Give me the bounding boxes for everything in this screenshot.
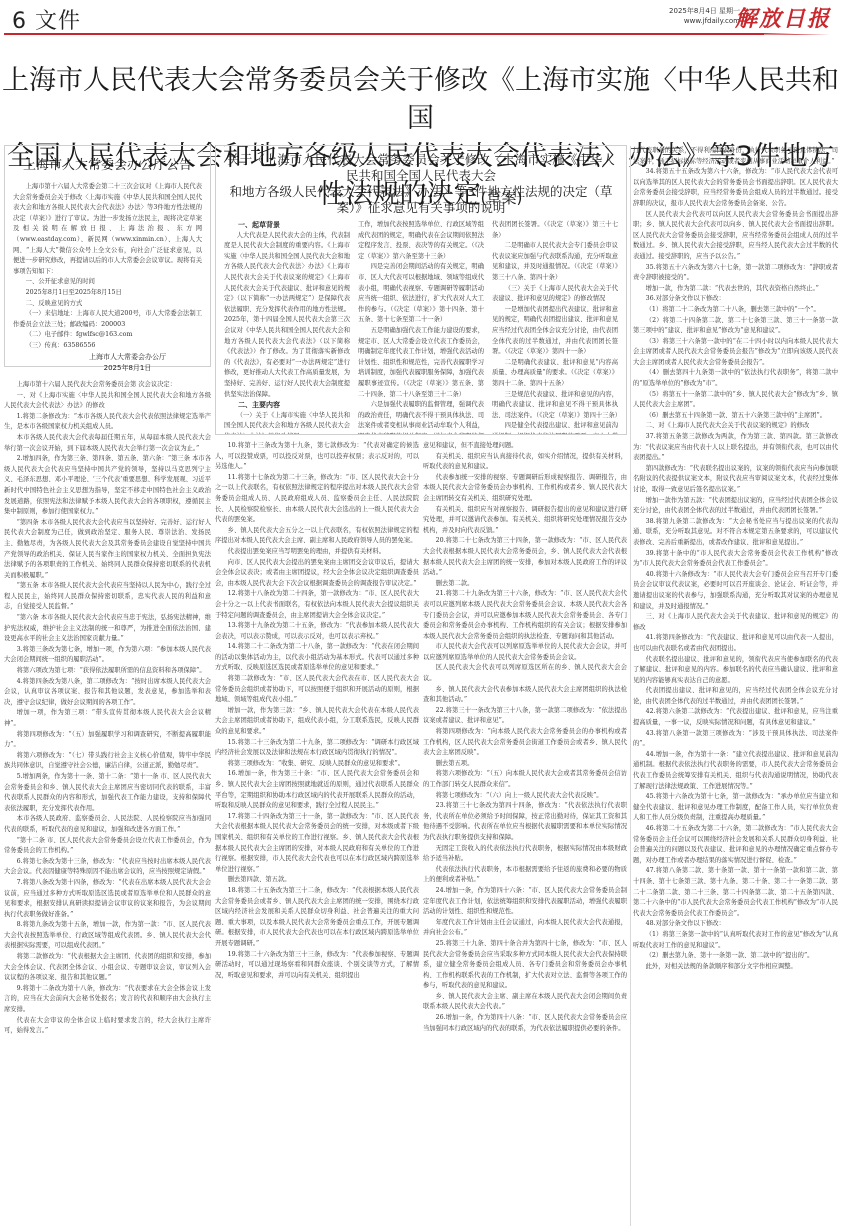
decision-paragraph: 本市各级人民代表大会代表每届任期五年，从每届本级人民代表大会举行第一次会议开始，… — [4, 433, 211, 454]
decision-paragraph: 24.增加一条，作为第四十六条：“市、区人民代表大会常务委员会制定年度代表工作计… — [423, 886, 627, 918]
decision-paragraph: 44.增加一条，作为第十一条：“建立代表提出建议、批评和意见前沟通机制。根据代表… — [633, 750, 838, 792]
notice-sign-date: 2025年8月1日 — [53, 363, 202, 374]
decision-paragraph: 17.将第二十四条改为第三十一条，第一款修改为：“市、区人民代表大会代表根据本级… — [215, 812, 419, 876]
headline-line-1: 上海市人民代表大会常务委员会关于修改《上海市实施〈中华人民共和国 — [0, 62, 841, 138]
decision-paragraph: 6.将第七条改为第十三条，修改为：“代表应当按时出席本级人民代表大会会议。代表因… — [4, 857, 211, 878]
decision-paragraph: 删去第四款、第五款。 — [215, 875, 419, 886]
decision-column-2: 10.将第十三条改为第十九条，第七款修改为：“代表对确定的候选人，可以投赞成票，… — [215, 441, 419, 1226]
decision-paragraph: 13.将第十九条改为第二十五条，修改为：“代表参加本级人民代表大会表决，可以表示… — [215, 621, 419, 642]
decision-paragraph: 将第二款修改为：“代表根据大会主席团、代表团的组织和安排，参加大会全体会议、代表… — [4, 952, 211, 984]
decision-paragraph: （1）将第三条第一款中的“认真听取代表对工作的意见”修改为“认真听取代表对工作的… — [633, 930, 838, 951]
decision-paragraph: 代表参加统一安排的视察、专题调研后形成视察报告、调研报告，由本级人民代表大会常务… — [423, 473, 627, 505]
decision-paragraph: （3）将第三十六条第一款中的“在二十四小时以内向本级人民代表大会主席团或者人民代… — [633, 337, 838, 369]
decision-paragraph: 40.将第十六条修改为：“市人民代表大会专门委员会应当召开专门委员会会议审议代表… — [633, 570, 838, 612]
decision-paragraph: 39.将第十条中的“市人民代表大会常务委员会代表工作机构”修改为“市人民代表大会… — [633, 549, 838, 570]
notice-title: 上海市人大常委会办公厅公告 — [13, 154, 202, 173]
website-link[interactable]: www.jfdaily.com — [650, 16, 740, 26]
decision-column-3: 意见和建议，但不直接处理问题。 有关机关、组织应当认真接待代表，如实介绍情况，提… — [423, 441, 627, 1226]
decision-paragraph: 16.增加一条，作为第三十条：“市、区人民代表大会常务委员会和乡、镇人民代表大会… — [215, 769, 419, 811]
decision-paragraph: 增加一款，作为第三款：“乡、镇人民代表大会代表在本级人民代表大会主席团组织或者协… — [215, 706, 419, 738]
decision-paragraph: （1）将第二十二条改为第二十八条，删去第三款中的“一个”。 — [633, 305, 838, 316]
notice-paragraph: （一）来信地址：上海市人民大道200号，市人大常委会法制工作委员会立法三处；邮政… — [13, 309, 202, 330]
decision-paragraph: 15.将第二十三条改为第二十九条，第二项修改为：“调研本行政区域内经济社会发展以… — [215, 738, 419, 759]
explanation-paragraph: 一是增加代表团提出代表建议、批评和意见的规定，明确代表团提出建议、批评和意见应当… — [492, 305, 618, 358]
explanation-column-2: 工作，增加代表按照选举单位、行政区域等组成代表团的规定，明确代表在会议期间依照法… — [358, 220, 484, 435]
decision-paragraph: 42.将第六条第二款修改为：“代表提出建议、批评和意见，应当注重提高质量，一事一… — [633, 707, 838, 728]
explanation-paragraph: （一）关于《上海市实施〈中华人民共和国全国人民代表大会和地方各级人民代表大会代表… — [224, 411, 350, 435]
decision-paragraph: 38.将第九条第二款修改为：“大会秘书处应当与提出议案的代表沟通、联系，充分听取… — [633, 517, 838, 549]
decision-paragraph: “第六条 本市各级人民代表大会代表应当忠于宪法，弘扬宪法精神，维护宪法权威，维护… — [4, 613, 211, 645]
decision-paragraph: 4.将第四条改为第八条，第二项修改为：“按时出席本级人民代表大会会议，认真审议各… — [4, 677, 211, 709]
decision-paragraph: 11.将第十七条改为第二十三条，修改为：“市、区人民代表大会十分之一以上代表联名… — [215, 473, 419, 526]
decision-paragraph: 增加一项，作为第三项：“带头宣传贯彻本级人民代表大会会议精神”。 — [4, 708, 211, 729]
decision-paragraph: 向市、区人民代表大会提出的罢免案由主席团交会议审议后，提请大会全体会议表决；或者… — [215, 558, 419, 590]
decision-paragraph: 47.将第八条第二款、第十条第一款、第十一条第一款和第二款、第十四条、第十七条第… — [633, 866, 838, 919]
decision-paragraph: 删去第五项。 — [423, 759, 627, 770]
decision-paragraph: 将第三项修改为：“收集、研究、反映人民群众的意见和要求”。 — [215, 759, 419, 770]
decision-paragraph: 14.将第二十二条改为第二十八条，第一款修改为：“代表在闭会期间的活动以集体活动… — [215, 642, 419, 674]
decision-paragraph: 代表联名提出建议、批评和意见的，领衔代表应当使参加联名的代表了解建议、批评和意见… — [633, 655, 838, 687]
explanation-paragraph: 六是加强代表履职的监督管理，强调代表的政治责任，明确代表不得干预具体执法、司法案… — [358, 400, 484, 435]
decision-paragraph: 12.将第十八条改为第二十四条，第一款修改为：“市、区人民代表大会十分之一以上代… — [215, 589, 419, 621]
decision-column-5: 行代表职务的关系，不得利用代表身份，执行代表职务干预具体执法、司法案件，插手招标… — [633, 146, 838, 1226]
explanation-box: 关于《上海市人民代表大会常务委员会关于修改〈上海市实施《中华人民共和国全国人民代… — [215, 145, 627, 435]
decision-paragraph: 46.将第二十五条改为第二十六条，第二款修改为：“市人民代表大会常务委员会主任会… — [633, 824, 838, 866]
decision-paragraph: 19.将第二十六条改为第三十三条，修改为：“代表参加视察、专题调研活动时，可以通… — [215, 950, 419, 982]
decision-paragraph: （6）删去第五十四条第一款、第五十六条第三款中的“主席团”。 — [633, 411, 838, 422]
decision-paragraph: （5）将第五十一条第二款中的“乡、镇人民代表大会”修改为“乡、镇人民代表大会主席… — [633, 390, 838, 411]
explanation-paragraph: 三是规范代表建议、批评和意见的内容，明确代表建议、批评和意见不得干预具体执法、司… — [492, 390, 618, 422]
decision-paragraph: 代表团提出建议、批评和意见的，应当经过代表团全体会议充分讨论，由代表团全体代表的… — [633, 686, 838, 707]
decision-paragraph: 乡、镇人民代表大会主席、副主席在本级人民代表大会闭会期间负责联系本级人民代表大会… — [423, 992, 627, 1013]
section-name: 文件 — [35, 9, 81, 34]
decision-paragraph: 代表在大会审议的全体会议上临时要求发言的，经大会执行主席许可，始得发言。” — [4, 1016, 211, 1037]
decision-paragraph: 三、对《上海市人民代表大会关于代表建议、批评和意见的规定》的修改 — [633, 612, 838, 633]
decision-paragraph: 增加一款作为第五款：“代表团提出议案的，应当经过代表团全体会议充分讨论，由代表团… — [633, 496, 838, 517]
decision-paragraph: （2）删去第九条、第十一条第一款、第二款中的“提出的”。 — [633, 951, 838, 962]
decision-paragraph: 将第二款修改为：“市、区人民代表大会代表在市、区人民代表大会常务委员会组织或者协… — [215, 674, 419, 706]
decision-paragraph: 将第七项修改为：“（六）向上一级人民代表大会代表反映”。 — [423, 791, 627, 802]
decision-paragraph: “第四条 本市各级人民代表大会代表应当以坚持好、完善好、运行好人民代表大会制度为… — [4, 518, 211, 582]
decision-paragraph: 年度代表工作计划由主任会议通过，向本级人民代表大会代表通报，并向社会公布。” — [423, 918, 627, 939]
notice-body: 上海市第十六届人大常委会第二十三次会议对《上海市人民代表大会常务委员会关于修改〈… — [13, 182, 202, 374]
decision-paragraph: 乡、镇人民代表大会五分之一以上代表联名，有权依照法律规定的程序提出对本级人民代表… — [215, 526, 419, 547]
decision-paragraph: 代表依法执行代表职务，本市根据需要给予往返的旅费和必要的物质上的便利或者补贴。” — [423, 865, 627, 886]
decision-paragraph: “第五条 本市各级人民代表大会代表应当坚持以人民为中心，践行全过程人民民主，始终… — [4, 581, 211, 613]
decision-paragraph: 25.将第三十九条、第四十条合并为第四十七条，修改为：“市、区人民代表大会常务委… — [423, 939, 627, 992]
decision-paragraph: 20.将第二十七条改为第三十四条，第一款修改为：“市、区人民代表大会代表根据本级… — [423, 536, 627, 578]
header-rule — [4, 33, 764, 35]
page-number: 6 — [12, 9, 27, 34]
decision-paragraph: 第四款修改为：“代表联名提出议案的，议案的领衔代表应当向参加联名附议的代表提供议… — [633, 464, 838, 496]
explanation-paragraph: 人大代表是人民代表大会的主体，代表制度是人民代表大会制度的重要内容。《上海市实施… — [224, 231, 350, 401]
decision-paragraph: 市人民代表大会代表可以列席原选举单位的人民代表大会会议，并可以应邀列席原选举单位… — [423, 642, 627, 663]
decision-paragraph: 代表提出罢免案应当写明罢免的理由，并提供有关材料。 — [215, 547, 419, 558]
decision-paragraph: 乡、镇人民代表大会代表参加本级人民代表大会主席团组织的执法检查和其他活动。” — [423, 685, 627, 706]
decision-paragraph: 35.将第五十六条改为第六十七条，第一款第二项修改为：“辞职或者责令辞职被接受的… — [633, 263, 838, 284]
decision-paragraph: 10.将第十三条改为第十九条，第七款修改为：“代表对确定的候选人，可以投赞成票，… — [215, 441, 419, 473]
section-heading-main-content: 二、主要内容 — [224, 400, 350, 411]
notice-signature: 上海市人大常委会办公厅 — [53, 352, 202, 363]
issue-date: 2025年8月4日 星期一 — [650, 6, 740, 16]
decision-paragraph: 48.对部分条文作以下修改： — [633, 919, 838, 930]
notice-paragraph: 上海市第十六届人大常委会第二十三次会议对《上海市人民代表大会常务委员会关于修改〈… — [13, 182, 202, 277]
decision-paragraph: 二、对《上海市人民代表大会关于代表议案的规定》的修改 — [633, 421, 838, 432]
decision-paragraph: 一、对《上海市实施〈中华人民共和国全国人民代表大会和地方各级人民代表大会代表法〉… — [4, 391, 211, 412]
section-heading-background: 一、起草背景 — [224, 220, 350, 231]
decision-paragraph: 删去第二款。 — [423, 579, 627, 590]
notice-fax: （三）传真：63586556 — [13, 341, 202, 352]
decision-paragraph: 5.增加两条，作为第十一条、第十二条：“第十一条 市、区人民代表大会常务委员会和… — [4, 772, 211, 814]
explanation-paragraph: 二是明确代表建议、批评和意见“内容高质量、办理高质量”的要求。（《决定（草案）》… — [492, 358, 618, 390]
header-rule-swoosh-icon — [760, 28, 830, 36]
decision-paragraph: 22.将第三十一条改为第三十八条，第一款第二项修改为：“依法提出议案或者建议、批… — [423, 706, 627, 727]
notice-paragraph: 二、反映意见的方式 — [13, 299, 202, 310]
explanation-paragraph: 代表团团长签署。（《决定（草案）》第三十七条） — [492, 220, 618, 241]
decision-paragraph: 区人民代表大会代表可以向区人民代表大会常务委员会书面提出辞职；乡、镇人民代表大会… — [633, 210, 838, 263]
explanation-paragraph: 工作，增加代表按照选举单位、行政区域等组成代表团的规定，明确代表在会议期间依照法… — [358, 220, 484, 262]
masthead: 6文件 2025年8月4日 星期一 www.jfdaily.com 解放日报 — [0, 0, 841, 40]
explanation-paragraph: 二是明确市人民代表大会专门委员会审议代表议案应加强与代表联系沟通，充分听取意见和… — [492, 241, 618, 283]
column-divider — [630, 146, 631, 1226]
decision-paragraph: 意见和建议，但不直接处理问题。 — [423, 441, 627, 452]
decision-paragraph: 区人民代表大会代表可以列席原选区所在的乡、镇人民代表大会会议。 — [423, 663, 627, 684]
decision-paragraph: 将第六项修改为：“（五）向本级人民代表大会或者其常务委员会信访的工作部门转交人民… — [423, 769, 627, 790]
decision-paragraph: 43.将第八条第一款第三项修改为：“涉及干预具体执法、司法案件的”。 — [633, 729, 838, 750]
decision-paragraph: 无固定工资收入的代表依法执行代表职务，根据实际情况由本级财政给予适当补贴。 — [423, 844, 627, 865]
decision-paragraph: 41.将第四条修改为：“代表建议、批评和意见可以由代表一人提出，也可以由代表联名… — [633, 633, 838, 654]
explanation-column-3: 代表团团长签署。（《决定（草案）》第三十七条） 二是明确市人民代表大会专门委员会… — [492, 220, 618, 435]
decision-paragraph: 23.将第三十七条改为第四十四条，修改为：“代表依法执行代表职务，代表所在单位必… — [423, 801, 627, 843]
decision-paragraph: “第十二条 市、区人民代表大会常务委员会设立代表工作委员会，作为常务委员会的工作… — [4, 836, 211, 857]
decision-paragraph: 行代表职务的关系，不得利用代表身份，执行代表职务干预具体执法、司法案件，插手招标… — [633, 146, 838, 167]
decision-paragraph: 36.对部分条文作以下修改： — [633, 294, 838, 305]
notice-paragraph: 2025年8月1日至2025年8月15日 — [13, 288, 202, 299]
decision-paragraph: 有关机关、组织应当认真接待代表，如实介绍情况，提供有关材料，听取代表的意见和建议… — [423, 452, 627, 473]
decision-paragraph: 37.将第五条第三款修改为两款，作为第三款、第四款。第三款修改为：“代表议案应当… — [633, 432, 838, 464]
decision-paragraph: 本市各级人民政府、监察委员会、人民法院、人民检察院应当加强同代表的联系，听取代表… — [4, 814, 211, 835]
decision-paragraph: 9.将第十二条改为第十八条，修改为：“代表要求在大会全体会议上发言的，应当在大会… — [4, 984, 211, 1016]
notice-paragraph: 一、公开征求意见的时间 — [13, 277, 202, 288]
decision-paragraph: 26.增加一条，作为第四十八条：“市、区人民代表大会常务委员会应当加强同本行政区… — [423, 1013, 627, 1034]
decision-paragraph: 8.将第九条改为第十五条，增加一款，作为第一款：“市、区人民代表大会代表按照选举… — [4, 920, 211, 952]
explanation-columns: 一、起草背景 人大代表是人民代表大会的主体，代表制度是人民代表大会制度的重要内容… — [224, 220, 618, 435]
decision-paragraph: 21.将第二十九条改为第三十六条，修改为：“市、区人民代表大会代表可以应邀列席本… — [423, 589, 627, 642]
issue-meta: 2025年8月4日 星期一 www.jfdaily.com — [650, 6, 740, 26]
decision-paragraph: 将第四项修改为：“向本级人民代表大会常务委员会的办事机构或者工作机构，区人民代表… — [423, 727, 627, 759]
decision-paragraph: 此外，对相关法规的条款顺序和部分文字作相应调整。 — [633, 962, 838, 973]
notice-email: （二）电子邮件：fgwlfsc@163.com — [13, 330, 202, 341]
decision-paragraph: 3.将第三条改为第七条，增加一项，作为第六项：“参加本级人民代表大会闭会期间统一… — [4, 645, 211, 666]
page-section-label: 6文件 — [12, 4, 81, 35]
explanation-paragraph: 四是完善闭会期间活动的有关规定，明确市、区人大代表可以根据地域、领域等组成代表小… — [358, 262, 484, 326]
explanation-paragraph: 四是健全代表提出建议、批评和意见前沟通机制，根据代表依法履职的需要，市人大常委会… — [492, 421, 618, 435]
explanation-title: 关于《上海市人民代表大会常务委员会关于修改〈上海市实施《中华人民共和国全国人民代… — [224, 152, 618, 216]
decision-paragraph: 34.将第五十五条改为第六十六条，修改为：“市人民代表大会代表可以向选举其的区人… — [633, 167, 838, 209]
decision-paragraph: （4）删去第四十九条第一款中的“依法执行代表职务”，将第二款中的“原选举单位的”… — [633, 368, 838, 389]
decision-paragraph: 1.将第二条修改为：“本市各级人民代表大会代表依照法律规定选举产生，是本市各级国… — [4, 412, 211, 433]
explanation-paragraph: 五是明确加强代表工作能力建设的要求，规定市、区人大常委会设立代表工作委员会，明确… — [358, 326, 484, 400]
decision-column-1: 上海市第十六届人民代表大会常务委员会第 次会议决定： 一、对《上海市实施〈中华人… — [4, 380, 211, 1225]
decision-paragraph: 将第六项修改为：“（七）带头践行社会主义核心价值观，铸牢中华民族共同体意识，自觉… — [4, 751, 211, 772]
explanation-column-1: 一、起草背景 人大代表是人民代表大会的主体，代表制度是人民代表大会制度的重要内容… — [224, 220, 350, 435]
decision-paragraph: （2）将第二十四条第二款、第二十七条第三款、第三十一条第一款第三项中的“建议、批… — [633, 316, 838, 337]
decision-paragraph: 增加一款，作为第二款：“代表去世的，其代表资格自然终止。” — [633, 284, 838, 295]
decision-paragraph: 有关机关、组织应当对视察报告、调研报告提出的意见和建议进行研究处理，并可以邀请代… — [423, 505, 627, 537]
decision-paragraph: 2.增加四条，作为第三条、第四条、第五条、第六条：“第三条 本市各级人民代表大会… — [4, 454, 211, 518]
decision-paragraph: 45.将第十六条改为第十七条，第一款修改为：“承办单位应当建立和健全代表建议、批… — [633, 792, 838, 824]
decision-paragraph: 将第四项修改为：“（五）加强履职学习和调查研究，不断提高履职能力”。 — [4, 730, 211, 751]
decision-paragraph: 18.将第二十五条改为第三十二条，修改为：“代表根据本级人民代表大会常务委员会或… — [215, 886, 419, 950]
decision-paragraph: 上海市第十六届人民代表大会常务委员会第 次会议决定： — [4, 380, 211, 391]
decision-paragraph: 7.将第八条改为第十四条，修改为：“代表在出席本级人民代表大会会议前，应当通过多… — [4, 878, 211, 920]
explanation-paragraph: （三）关于《上海市人民代表大会关于代表建议、批评和意见的规定》的修改情况 — [492, 284, 618, 305]
decision-paragraph: 将第六项改为第七项：“获得依法履职所需的信息资料和各项保障”。 — [4, 666, 211, 677]
office-notice: 上海市人大常委会办公厅公告 上海市第十六届人大常委会第二十三次会议对《上海市人民… — [4, 145, 211, 367]
